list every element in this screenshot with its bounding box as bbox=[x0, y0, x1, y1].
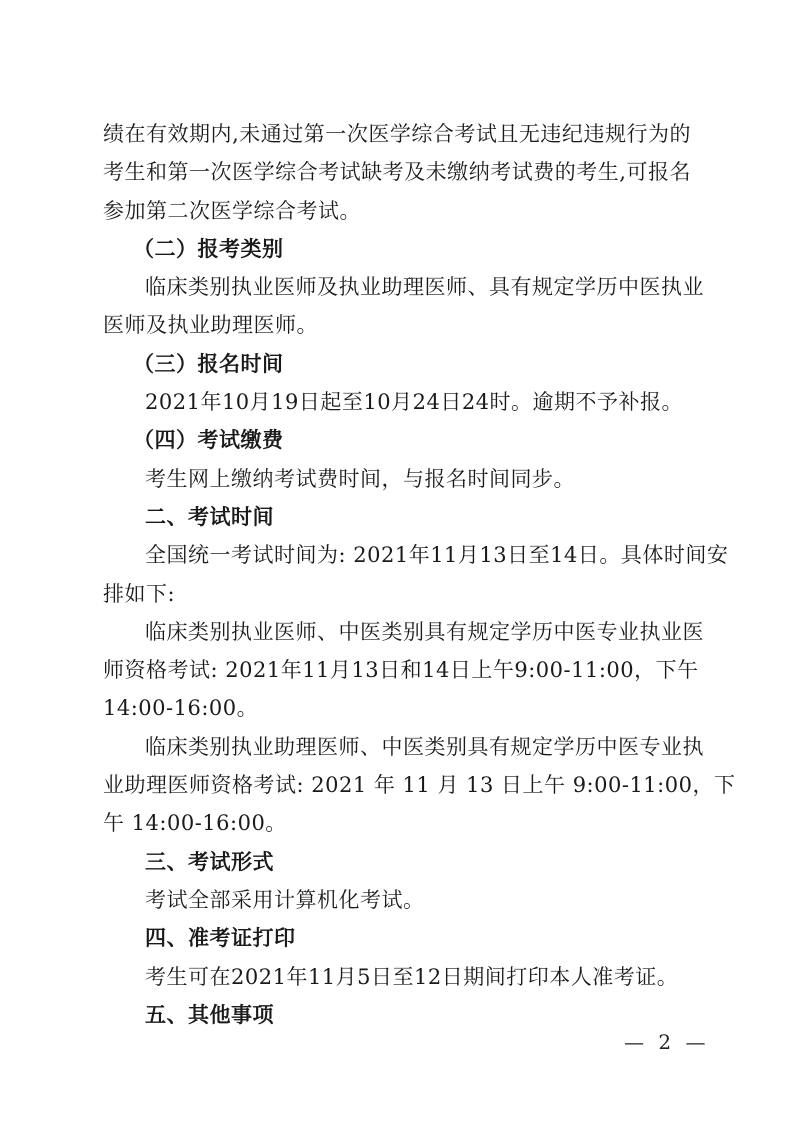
section-heading-exam-time: 二、考试时间 bbox=[103, 498, 691, 536]
section-subheading-registration-time: （三）报名时间 bbox=[103, 345, 691, 383]
paragraph-line: 医师及执业助理医师。 bbox=[103, 306, 691, 344]
paragraph-line: 临床类别执业医师、中医类别具有规定学历中医专业执业医 bbox=[103, 613, 691, 651]
paragraph-line: 考生网上缴纳考试费时间，与报名时间同步。 bbox=[103, 460, 691, 498]
paragraph-line: 业助理医师资格考试: 2021 年 11 月 13 日上午 9:00-11:00… bbox=[103, 766, 691, 804]
paragraph-line: 考试全部采用计算机化考试。 bbox=[103, 881, 691, 919]
paragraph-line: 绩在有效期内,未通过第一次医学综合考试且无违纪违规行为的 bbox=[103, 115, 691, 153]
paragraph-line: 午 14:00-16:00。 bbox=[103, 804, 691, 842]
paragraph-line: 排如下: bbox=[103, 575, 691, 613]
paragraph-line: 全国统一考试时间为: 2021年11月13日至14日。具体时间安 bbox=[103, 536, 691, 574]
paragraph-line: 临床类别执业助理医师、中医类别具有规定学历中医专业执 bbox=[103, 728, 691, 766]
section-subheading-exam-fee: （四）考试缴费 bbox=[103, 421, 691, 459]
paragraph-line: 考生可在2021年11月5日至12日期间打印本人准考证。 bbox=[103, 958, 691, 996]
document-page: 绩在有效期内,未通过第一次医学综合考试且无违纪违规行为的 考生和第一次医学综合考… bbox=[103, 115, 691, 1034]
section-heading-other-matters: 五、其他事项 bbox=[103, 996, 691, 1034]
paragraph-line: 参加第二次医学综合考试。 bbox=[103, 192, 691, 230]
paragraph-line: 14:00-16:00。 bbox=[103, 689, 691, 727]
paragraph-line: 2021年10月19日起至10月24日24时。逾期不予补报。 bbox=[103, 383, 691, 421]
section-heading-exam-format: 三、考试形式 bbox=[103, 843, 691, 881]
section-heading-admission-ticket: 四、准考证打印 bbox=[103, 919, 691, 957]
page-number: — 2 — bbox=[624, 1030, 709, 1054]
section-subheading-exam-category: （二）报考类别 bbox=[103, 230, 691, 268]
paragraph-line: 临床类别执业医师及执业助理医师、具有规定学历中医执业 bbox=[103, 268, 691, 306]
paragraph-line: 考生和第一次医学综合考试缺考及未缴纳考试费的考生,可报名 bbox=[103, 153, 691, 191]
paragraph-line: 师资格考试: 2021年11月13日和14日上午9:00-11:00，下午 bbox=[103, 651, 691, 689]
